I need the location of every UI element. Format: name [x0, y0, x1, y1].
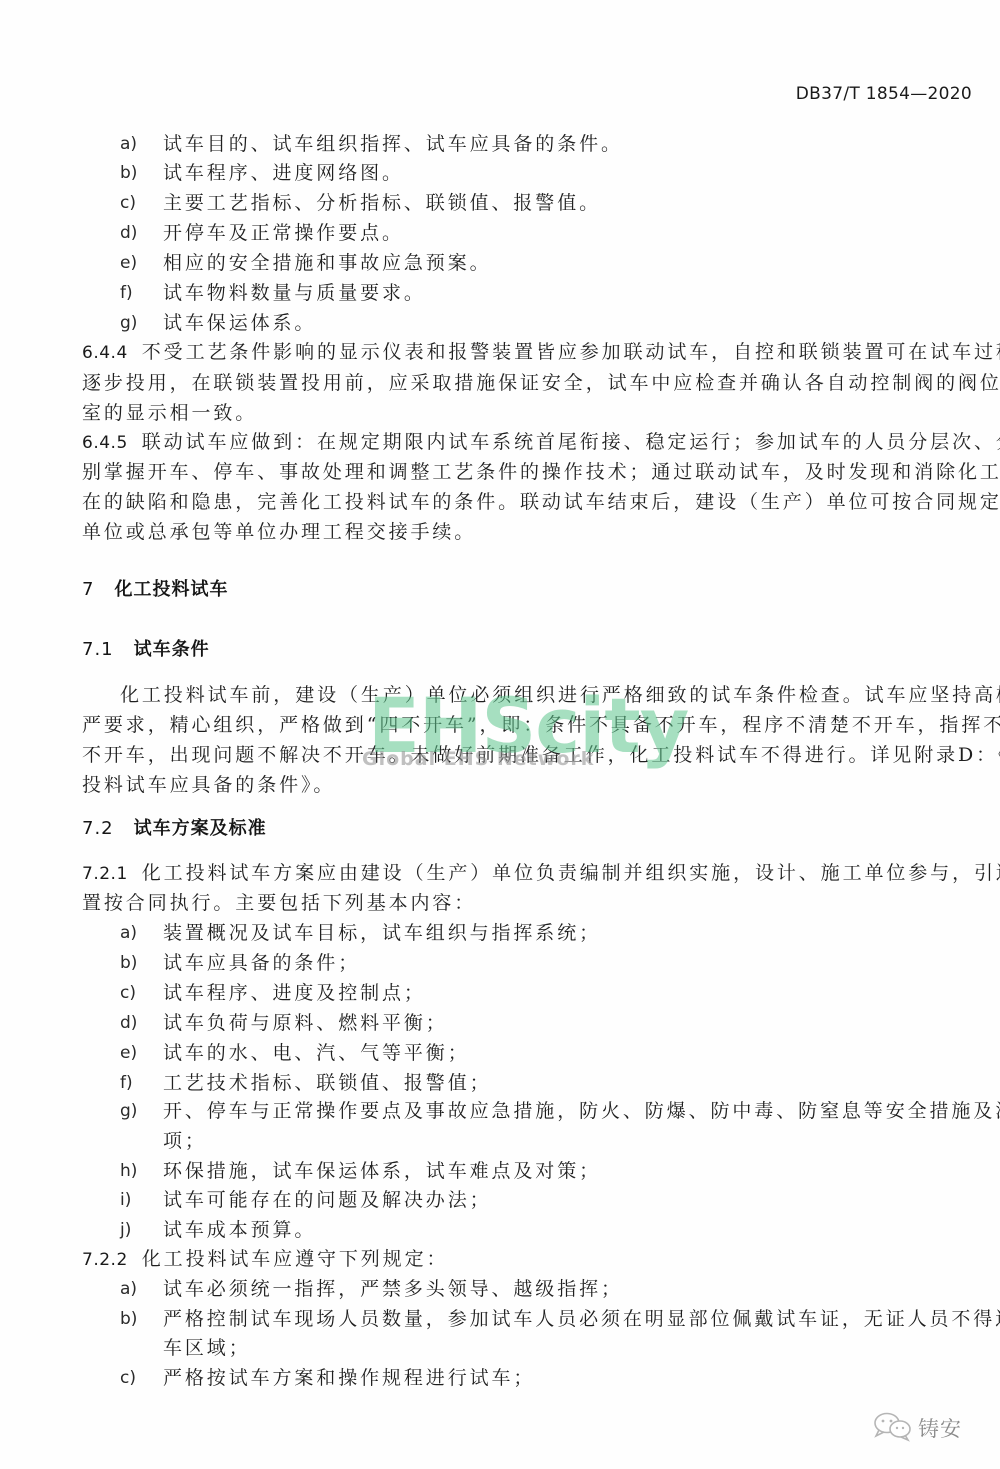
item-label: f): [120, 1071, 133, 1095]
item-text: 试车程序、进度及控制点；: [163, 981, 426, 1005]
paragraph-line: 室的显示相一致。: [82, 401, 257, 425]
item-label: a): [120, 921, 137, 945]
paragraph-line: 7.2.1化工投料试车方案应由建设（生产）单位负责编制并组织实施，设计、施工单位…: [82, 861, 1000, 886]
item-label: e): [120, 1041, 137, 1065]
item-text: 试车物料数量与质量要求。: [163, 281, 426, 305]
paragraph-line: 投料试车应具备的条件》。: [82, 773, 335, 797]
item-label: b): [120, 161, 137, 185]
section-title: 化工投料试车: [114, 579, 228, 600]
footer-brand-label: 铸安: [918, 1413, 962, 1443]
section-number: 7: [82, 579, 94, 600]
section-heading-7-2: 7.2试车方案及标准: [82, 817, 267, 841]
wechat-icon: [872, 1410, 914, 1446]
item-label: j): [120, 1218, 131, 1242]
clause-text: 不受工艺条件影响的显示仪表和报警装置皆应参加联动试车，自控和联锁装置可在试车过程…: [142, 341, 1000, 363]
item-label: i): [120, 1188, 131, 1212]
item-text: 试车的水、电、汽、气等平衡；: [163, 1041, 470, 1065]
item-text: 开、停车与正常操作要点及事故应急措施，防火、防爆、防中毒、防窒息等安全措施及注意…: [163, 1099, 1000, 1123]
clause-number: 6.4.5: [82, 433, 128, 453]
paragraph-line: 6.4.4不受工艺条件影响的显示仪表和报警装置皆应参加联动试车，自控和联锁装置可…: [82, 340, 1000, 365]
item-label: c): [120, 191, 136, 215]
item-text: 严格控制试车现场人员数量，参加试车人员必须在明显部位佩戴试车证，无证人员不得进入…: [163, 1307, 1000, 1331]
footer-brand: 铸安: [872, 1410, 962, 1446]
section-number: 7.2: [82, 818, 114, 839]
item-text: 试车程序、进度网络图。: [163, 161, 404, 185]
item-text: 试车负荷与原料、燃料平衡；: [163, 1011, 448, 1035]
item-text: 试车保运体系。: [163, 311, 316, 335]
section-title: 试车条件: [134, 639, 210, 660]
item-label: h): [120, 1159, 137, 1183]
document-page: DB37/T 1854—2020 a) 试车目的、试车组织指挥、试车应具备的条件…: [0, 0, 1000, 1469]
clause-text: 联动试车应做到：在规定期限内试车系统首尾衔接、稳定运行；参加试车的人员分层次、分…: [142, 431, 1000, 453]
item-label: e): [120, 251, 137, 275]
section-title: 试车方案及标准: [134, 818, 267, 839]
item-label: b): [120, 951, 137, 975]
item-text: 试车成本预算。: [163, 1218, 316, 1242]
item-text: 试车目的、试车组织指挥、试车应具备的条件。: [163, 132, 623, 156]
section-heading-7: 7化工投料试车: [82, 578, 228, 602]
paragraph-line: 置按合同执行。主要包括下列基本内容：: [82, 891, 476, 915]
paragraph-line: 化工投料试车前，建设（生产）单位必须组织进行严格细致的试车条件检查。试车应坚持高…: [120, 683, 1000, 707]
item-text: 相应的安全措施和事故应急预案。: [163, 251, 492, 275]
paragraph-line: 逐步投用，在联锁装置投用前，应采取措施保证安全，试车中应检查并确认各自动控制阀的…: [82, 371, 1000, 395]
item-label: a): [120, 1277, 137, 1301]
clause-number: 6.4.4: [82, 343, 128, 363]
paragraph-line: 别掌握开车、停车、事故处理和调整工艺条件的操作技术；通过联动试车，及时发现和消除…: [82, 460, 1000, 484]
item-text: 主要工艺指标、分析指标、联锁值、报警值。: [163, 191, 601, 215]
paragraph-line: 在的缺陷和隐患，完善化工投料试车的条件。联动试车结束后，建设（生产）单位可按合同…: [82, 490, 1000, 514]
standard-code: DB37/T 1854—2020: [796, 84, 972, 104]
paragraph-line: 不开车，出现问题不解决不开车。未做好前期准备工作，化工投料试车不得进行。详见附录…: [82, 743, 1000, 767]
item-label: b): [120, 1307, 137, 1331]
item-text: 试车应具备的条件；: [163, 951, 360, 975]
item-text: 装置概况及试车目标，试车组织与指挥系统；: [163, 921, 601, 945]
item-label: g): [120, 1099, 137, 1123]
item-label: d): [120, 1011, 137, 1035]
item-text: 严格按试车方案和操作规程进行试车；: [163, 1366, 535, 1390]
item-label: c): [120, 1366, 136, 1390]
item-text: 试车可能存在的问题及解决办法；: [163, 1188, 492, 1212]
paragraph-line: 单位或总承包等单位办理工程交接手续。: [82, 520, 476, 544]
item-text: 环保措施，试车保运体系，试车难点及对策；: [163, 1159, 601, 1183]
item-text: 项；: [163, 1129, 207, 1153]
clause-number: 7.2.1: [82, 864, 128, 884]
item-label: g): [120, 311, 137, 335]
item-text: 试车必须统一指挥，严禁多头领导、越级指挥；: [163, 1277, 623, 1301]
clause-text: 化工投料试车方案应由建设（生产）单位负责编制并组织实施，设计、施工单位参与，引进…: [142, 862, 1000, 884]
item-label: d): [120, 221, 137, 245]
item-label: f): [120, 281, 133, 305]
item-text: 工艺技术指标、联锁值、报警值；: [163, 1071, 492, 1095]
item-text: 开停车及正常操作要点。: [163, 221, 404, 245]
paragraph-line: 严要求，精心组织，严格做到“四不开车”，即：条件不具备不开车，程序不清楚不开车，…: [82, 713, 1000, 737]
item-label: c): [120, 981, 136, 1005]
paragraph-line: 6.4.5联动试车应做到：在规定期限内试车系统首尾衔接、稳定运行；参加试车的人员…: [82, 430, 1000, 455]
clause-text: 化工投料试车应遵守下列规定：: [142, 1248, 449, 1270]
section-heading-7-1: 7.1试车条件: [82, 638, 210, 662]
clause-number: 7.2.2: [82, 1250, 128, 1270]
paragraph-line: 7.2.2化工投料试车应遵守下列规定：: [82, 1247, 448, 1272]
section-number: 7.1: [82, 639, 114, 660]
item-label: a): [120, 132, 137, 156]
item-text: 车区域；: [163, 1336, 251, 1360]
